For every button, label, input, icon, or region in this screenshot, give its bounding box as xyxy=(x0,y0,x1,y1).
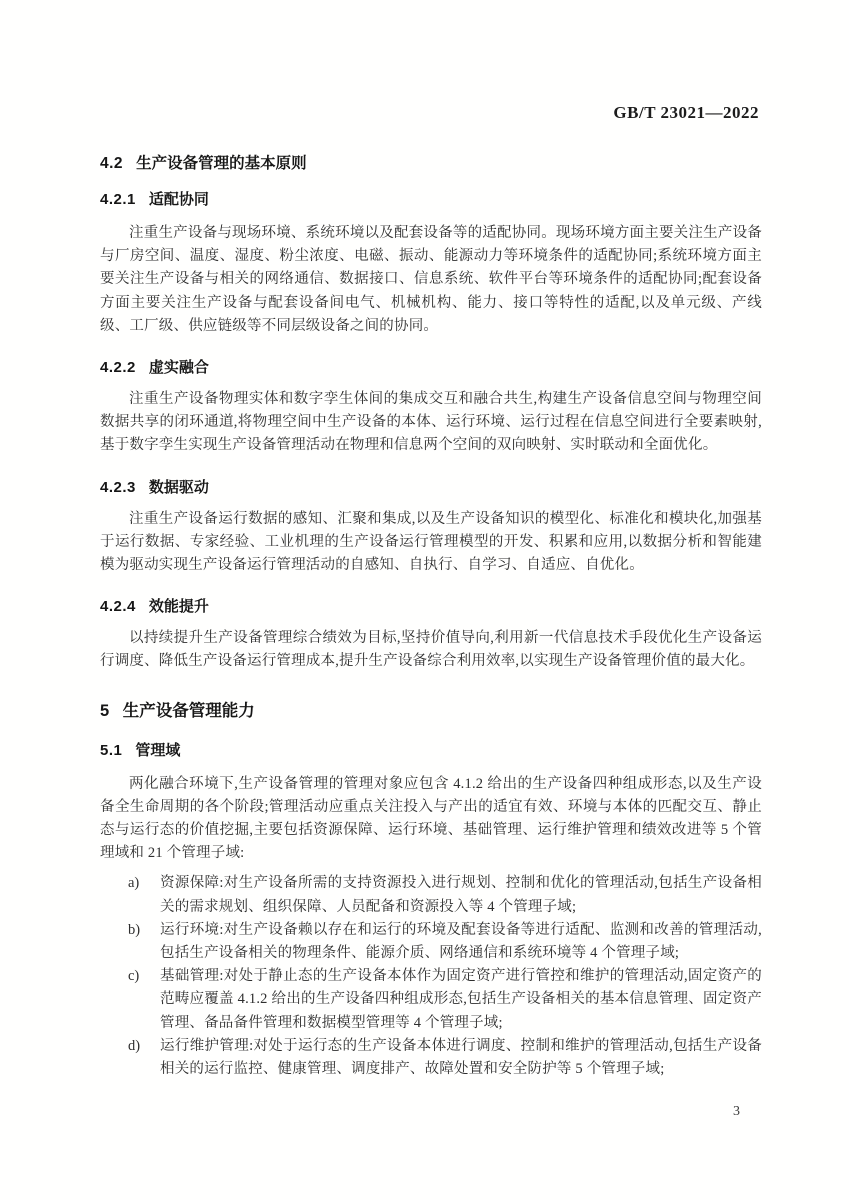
heading-5: 5生产设备管理能力 xyxy=(100,702,762,721)
heading-4-2-number: 4.2 xyxy=(100,155,123,172)
paragraph-4-2-3: 注重生产设备运行数据的感知、汇聚和集成,以及生产设备知识的模型化、标准化和模块化… xyxy=(100,508,762,578)
list-item-c: c) 基础管理:对处于静止态的生产设备本体作为固定资产进行管控和维护的管理活动,… xyxy=(128,965,762,1035)
paragraph-4-2-1: 注重生产设备与现场环境、系统环境以及配套设备等的适配协同。现场环境方面主要关注生… xyxy=(100,222,762,338)
heading-4-2-title: 生产设备管理的基本原则 xyxy=(136,155,307,172)
heading-4-2-4-title: 效能提升 xyxy=(149,598,209,615)
paragraph-4-2-2: 注重生产设备物理实体和数字孪生体间的集成交互和融合共生,构建生产设备信息空间与物… xyxy=(100,388,762,458)
heading-5-1-title: 管理域 xyxy=(135,742,180,759)
heading-4-2-3-number: 4.2.3 xyxy=(100,479,136,496)
list-item-d-marker: d) xyxy=(128,1035,160,1058)
management-domain-list: a) 资源保障:对生产设备所需的支持资源投入进行规划、控制和优化的管理活动,包括… xyxy=(100,872,762,1081)
heading-4-2-1: 4.2.1适配协同 xyxy=(100,192,762,208)
list-item-d: d) 运行维护管理:对处于运行态的生产设备本体进行调度、控制和维护的管理活动,包… xyxy=(128,1035,762,1081)
page-number: 3 xyxy=(0,1104,740,1120)
heading-4-2-4-number: 4.2.4 xyxy=(100,598,136,615)
list-item-a-marker: a) xyxy=(128,872,160,895)
heading-4-2: 4.2生产设备管理的基本原则 xyxy=(100,155,762,173)
heading-4-2-2: 4.2.2虚实融合 xyxy=(100,360,762,376)
heading-4-2-2-title: 虚实融合 xyxy=(149,359,209,376)
heading-5-1: 5.1管理域 xyxy=(100,743,762,759)
list-item-d-text: 运行维护管理:对处于运行态的生产设备本体进行调度、控制和维护的管理活动,包括生产… xyxy=(160,1035,762,1081)
heading-5-number: 5 xyxy=(100,702,110,720)
paragraph-5-1: 两化融合环境下,生产设备管理的管理对象应包含 4.1.2 给出的生产设备四种组成… xyxy=(100,773,762,866)
heading-4-2-2-number: 4.2.2 xyxy=(100,359,136,376)
list-item-b-marker: b) xyxy=(128,919,160,942)
heading-4-2-1-title: 适配协同 xyxy=(149,191,209,208)
heading-4-2-3-title: 数据驱动 xyxy=(149,479,209,496)
heading-5-title: 生产设备管理能力 xyxy=(123,702,255,720)
list-item-a-text: 资源保障:对生产设备所需的支持资源投入进行规划、控制和优化的管理活动,包括生产设… xyxy=(160,872,762,918)
list-item-c-marker: c) xyxy=(128,965,160,988)
heading-4-2-1-number: 4.2.1 xyxy=(100,191,136,208)
paragraph-4-2-4: 以持续提升生产设备管理综合绩效为目标,坚持价值导向,利用新一代信息技术手段优化生… xyxy=(100,627,762,673)
list-item-b: b) 运行环境:对生产设备赖以存在和运行的环境及配套设备等进行适配、监测和改善的… xyxy=(128,919,762,965)
list-item-b-text: 运行环境:对生产设备赖以存在和运行的环境及配套设备等进行适配、监测和改善的管理活… xyxy=(160,919,762,965)
heading-4-2-3: 4.2.3数据驱动 xyxy=(100,480,762,496)
list-item-a: a) 资源保障:对生产设备所需的支持资源投入进行规划、控制和优化的管理活动,包括… xyxy=(128,872,762,918)
page-content: 4.2生产设备管理的基本原则 4.2.1适配协同 注重生产设备与现场环境、系统环… xyxy=(100,0,762,1081)
heading-5-1-number: 5.1 xyxy=(100,742,122,759)
heading-4-2-4: 4.2.4效能提升 xyxy=(100,599,762,615)
list-item-c-text: 基础管理:对处于静止态的生产设备本体作为固定资产进行管控和维护的管理活动,固定资… xyxy=(160,965,762,1035)
document-page: GB/T 23021—2022 4.2生产设备管理的基本原则 4.2.1适配协同… xyxy=(0,0,849,1200)
